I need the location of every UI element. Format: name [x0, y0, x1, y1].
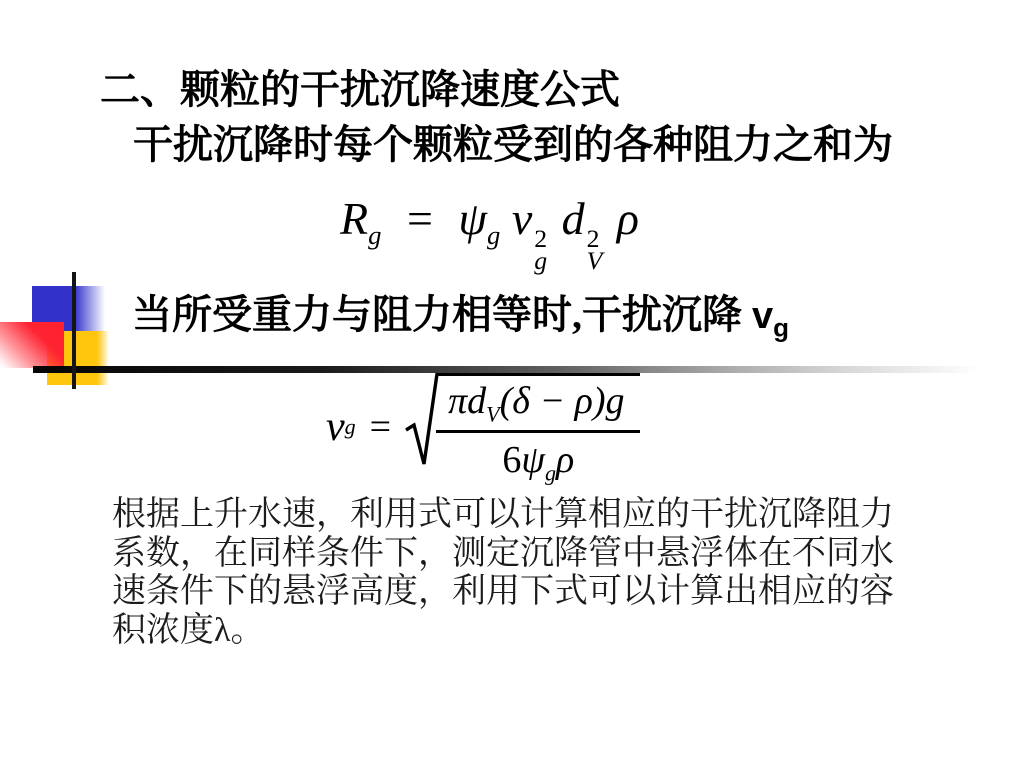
paragraph-line-2: 系数，在同样条件下，测定沉降管中悬浮体在不同水 [112, 535, 894, 574]
decoration-red-square [0, 322, 64, 368]
eq2-square-root: πdV(δ − ρ)g 6ψgρ [405, 372, 640, 482]
slide-subtitle: 干扰沉降时每个颗粒受到的各种阻力之和为 [133, 121, 893, 169]
radical-sign-icon [405, 372, 439, 470]
eq2-d: d [467, 380, 486, 422]
eq1-d-subscript: V [587, 250, 603, 272]
eq2-rho: ρ [556, 439, 574, 481]
eq2-equals-sign: = [370, 405, 391, 449]
eq1-v-scripts: 2g [534, 228, 547, 272]
paragraph-line-4: 积浓度λ。 [112, 612, 894, 651]
equation-settling-velocity: vg = πdV(δ − ρ)g 6ψgρ [326, 372, 640, 482]
eq1-psi: ψ [458, 193, 487, 244]
eq2-psi-subscript: g [545, 460, 556, 485]
statement-v: v [752, 295, 773, 337]
eq1-rho: ρ [617, 193, 639, 244]
eq1-psi-subscript: g [487, 220, 500, 250]
body-paragraph: 根据上升水速，利用式可以计算相应的干扰沉降阻力 系数，在同样条件下，测定沉降管中… [112, 496, 894, 650]
eq2-coefficient: 6 [502, 439, 521, 481]
eq2-numerator: πdV(δ − ρ)g [436, 376, 640, 433]
eq1-lhs-subscript: g [368, 220, 381, 250]
eq2-lhs: v [326, 403, 345, 451]
eq2-denominator: 6ψgρ [502, 433, 574, 482]
eq2-numerator-rest: (δ − ρ)g [500, 380, 625, 422]
paragraph-line-3: 速条件下的悬浮高度，利用下式可以计算出相应的容 [112, 573, 894, 612]
eq1-v-subscript: g [534, 250, 547, 272]
paragraph-line-1: 根据上升水速，利用式可以计算相应的干扰沉降阻力 [112, 496, 894, 535]
eq1-d: d [562, 193, 585, 244]
statement-line: 当所受重力与阻力相等时,干扰沉降 vg [132, 291, 789, 340]
eq1-d-scripts: 2V [587, 228, 603, 272]
eq2-pi: π [448, 380, 467, 422]
slide-title: 二、颗粒的干扰沉降速度公式 [100, 66, 620, 114]
eq2-d-subscript: V [486, 401, 499, 426]
decoration-vertical-line [72, 272, 76, 389]
eq1-equals-sign: = [407, 193, 433, 244]
eq1-lhs: R [340, 193, 368, 244]
statement-v-subscript: g [773, 313, 789, 343]
presentation-slide: 二、颗粒的干扰沉降速度公式 干扰沉降时每个颗粒受到的各种阻力之和为 Rg = ψ… [0, 0, 1024, 768]
statement-velocity-symbol: vg [752, 295, 789, 337]
decoration-horizontal-rule [33, 366, 990, 373]
eq2-fraction: πdV(δ − ρ)g 6ψgρ [436, 373, 640, 482]
eq1-v: v [512, 193, 532, 244]
statement-text: 当所受重力与阻力相等时,干扰沉降 [132, 292, 752, 337]
equation-resistance-sum: Rg = ψg v2g d2V ρ [340, 194, 639, 272]
eq2-psi: ψ [521, 439, 545, 481]
